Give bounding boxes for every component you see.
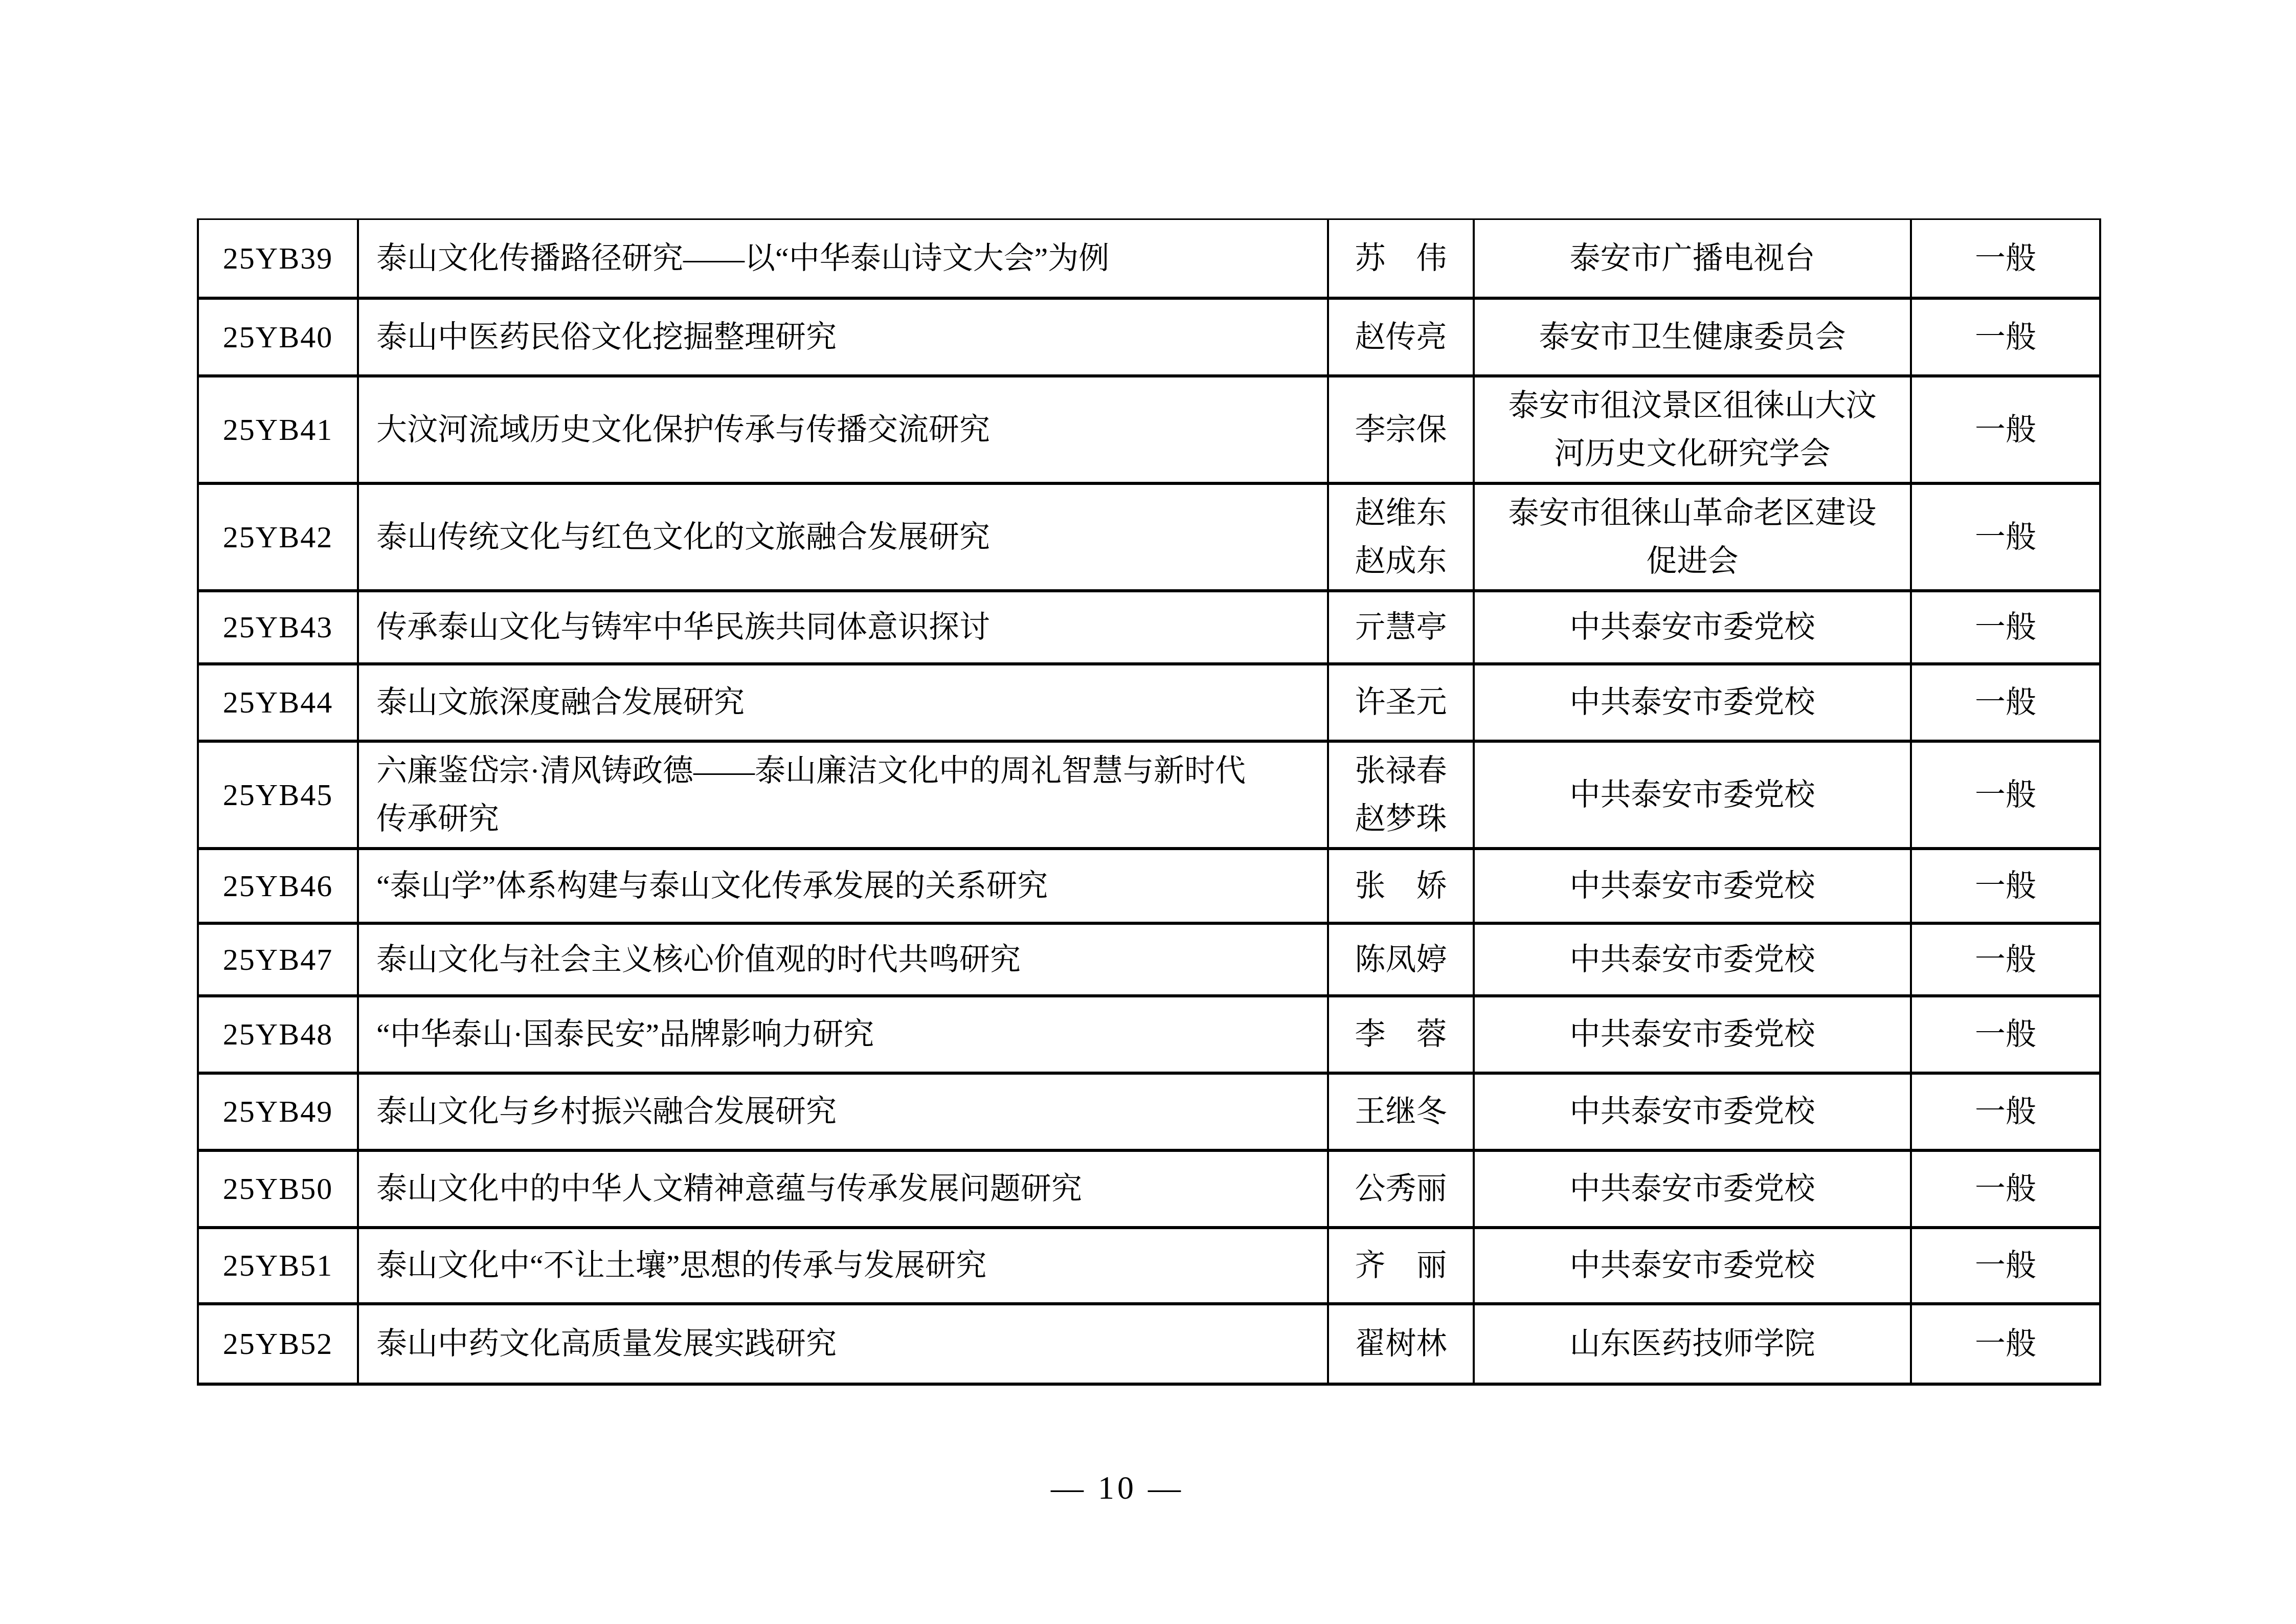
table-row: 25YB45六廉鉴岱宗·清风铸政德——泰山廉洁文化中的周礼智慧与新时代传承研究张… bbox=[198, 741, 2100, 849]
project-id-cell: 25YB46 bbox=[198, 849, 358, 923]
project-leader-cell: 赵维东赵成东 bbox=[1328, 483, 1474, 591]
leader-name: 齐 丽 bbox=[1334, 1241, 1468, 1289]
table-row: 25YB41大汶河流域历史文化保护传承与传播交流研究李宗保泰安市徂汶景区徂徕山大… bbox=[198, 376, 2100, 483]
project-leader-cell: 张 娇 bbox=[1328, 849, 1474, 923]
project-institution-cell: 中共泰安市委党校 bbox=[1474, 741, 1911, 849]
project-title-cell: 泰山文化传播路径研究——以“中华泰山诗文大会”为例 bbox=[358, 219, 1328, 298]
project-title-cell: 泰山文化中“不让土壤”思想的传承与发展研究 bbox=[358, 1228, 1328, 1304]
project-id-cell: 25YB41 bbox=[198, 376, 358, 483]
table-row: 25YB43传承泰山文化与铸牢中华民族共同体意识探讨亓慧亭中共泰安市委党校一般 bbox=[198, 591, 2100, 664]
leader-name: 赵成东 bbox=[1334, 537, 1468, 585]
leader-name: 赵传亮 bbox=[1334, 313, 1468, 361]
project-title-cell: 泰山文化与社会主义核心价值观的时代共鸣研究 bbox=[358, 923, 1328, 996]
project-leader-cell: 公秀丽 bbox=[1328, 1150, 1474, 1228]
project-grade-cell: 一般 bbox=[1911, 591, 2100, 664]
project-leader-cell: 张禄春赵梦珠 bbox=[1328, 741, 1474, 849]
table-row: 25YB48“中华泰山·国泰民安”品牌影响力研究李 蓉中共泰安市委党校一般 bbox=[198, 996, 2100, 1073]
leader-name: 张 娇 bbox=[1334, 862, 1468, 910]
project-institution-cell: 中共泰安市委党校 bbox=[1474, 1150, 1911, 1228]
leader-name: 赵维东 bbox=[1334, 489, 1468, 537]
project-title-cell: 泰山传统文化与红色文化的文旅融合发展研究 bbox=[358, 483, 1328, 591]
project-institution-cell: 中共泰安市委党校 bbox=[1474, 1073, 1911, 1150]
project-institution-cell: 中共泰安市委党校 bbox=[1474, 664, 1911, 741]
leader-name: 张禄春 bbox=[1334, 747, 1468, 795]
project-leader-cell: 齐 丽 bbox=[1328, 1228, 1474, 1304]
leader-name: 公秀丽 bbox=[1334, 1165, 1468, 1213]
project-grade-cell: 一般 bbox=[1911, 298, 2100, 376]
page-number: — 10 — bbox=[0, 1469, 2235, 1507]
project-grade-cell: 一般 bbox=[1911, 1073, 2100, 1150]
project-grade-cell: 一般 bbox=[1911, 376, 2100, 483]
project-id-cell: 25YB51 bbox=[198, 1228, 358, 1304]
table-row: 25YB46“泰山学”体系构建与泰山文化传承发展的关系研究张 娇中共泰安市委党校… bbox=[198, 849, 2100, 923]
table-row: 25YB40泰山中医药民俗文化挖掘整理研究赵传亮泰安市卫生健康委员会一般 bbox=[198, 298, 2100, 376]
project-title-cell: 泰山中药文化高质量发展实践研究 bbox=[358, 1304, 1328, 1384]
project-id-cell: 25YB47 bbox=[198, 923, 358, 996]
project-title-cell: 泰山文旅深度融合发展研究 bbox=[358, 664, 1328, 741]
table-row: 25YB49泰山文化与乡村振兴融合发展研究王继冬中共泰安市委党校一般 bbox=[198, 1073, 2100, 1150]
table-row: 25YB39泰山文化传播路径研究——以“中华泰山诗文大会”为例苏 伟泰安市广播电… bbox=[198, 219, 2100, 298]
project-title-cell: 泰山中医药民俗文化挖掘整理研究 bbox=[358, 298, 1328, 376]
project-grade-cell: 一般 bbox=[1911, 996, 2100, 1073]
leader-name: 许圣元 bbox=[1334, 678, 1468, 726]
project-title-cell: 泰山文化中的中华人文精神意蕴与传承发展问题研究 bbox=[358, 1150, 1328, 1228]
project-grade-cell: 一般 bbox=[1911, 1150, 2100, 1228]
project-id-cell: 25YB43 bbox=[198, 591, 358, 664]
project-grade-cell: 一般 bbox=[1911, 483, 2100, 591]
project-id-cell: 25YB50 bbox=[198, 1150, 358, 1228]
project-id-cell: 25YB48 bbox=[198, 996, 358, 1073]
project-grade-cell: 一般 bbox=[1911, 219, 2100, 298]
project-leader-cell: 亓慧亭 bbox=[1328, 591, 1474, 664]
project-title-cell: “中华泰山·国泰民安”品牌影响力研究 bbox=[358, 996, 1328, 1073]
table-row: 25YB42泰山传统文化与红色文化的文旅融合发展研究赵维东赵成东泰安市徂徕山革命… bbox=[198, 483, 2100, 591]
project-title-cell: 传承泰山文化与铸牢中华民族共同体意识探讨 bbox=[358, 591, 1328, 664]
project-grade-cell: 一般 bbox=[1911, 1228, 2100, 1304]
project-leader-cell: 苏 伟 bbox=[1328, 219, 1474, 298]
project-grade-cell: 一般 bbox=[1911, 1304, 2100, 1384]
project-grade-cell: 一般 bbox=[1911, 849, 2100, 923]
project-id-cell: 25YB39 bbox=[198, 219, 358, 298]
project-grade-cell: 一般 bbox=[1911, 923, 2100, 996]
project-leader-cell: 许圣元 bbox=[1328, 664, 1474, 741]
project-leader-cell: 赵传亮 bbox=[1328, 298, 1474, 376]
table-row: 25YB50泰山文化中的中华人文精神意蕴与传承发展问题研究公秀丽中共泰安市委党校… bbox=[198, 1150, 2100, 1228]
project-institution-cell: 中共泰安市委党校 bbox=[1474, 923, 1911, 996]
leader-name: 赵梦珠 bbox=[1334, 795, 1468, 843]
project-title-cell: 大汶河流域历史文化保护传承与传播交流研究 bbox=[358, 376, 1328, 483]
leader-name: 亓慧亭 bbox=[1334, 603, 1468, 651]
project-institution-cell: 中共泰安市委党校 bbox=[1474, 1228, 1911, 1304]
project-institution-cell: 泰安市徂徕山革命老区建设促进会 bbox=[1474, 483, 1911, 591]
leader-name: 苏 伟 bbox=[1334, 234, 1468, 282]
table-row: 25YB44泰山文旅深度融合发展研究许圣元中共泰安市委党校一般 bbox=[198, 664, 2100, 741]
project-leader-cell: 陈凤婷 bbox=[1328, 923, 1474, 996]
project-id-cell: 25YB52 bbox=[198, 1304, 358, 1384]
project-leader-cell: 李宗保 bbox=[1328, 376, 1474, 483]
project-institution-cell: 中共泰安市委党校 bbox=[1474, 996, 1911, 1073]
project-id-cell: 25YB44 bbox=[198, 664, 358, 741]
project-institution-cell: 山东医药技师学院 bbox=[1474, 1304, 1911, 1384]
project-leader-cell: 翟树林 bbox=[1328, 1304, 1474, 1384]
document-page: 25YB39泰山文化传播路径研究——以“中华泰山诗文大会”为例苏 伟泰安市广播电… bbox=[0, 0, 2296, 1624]
leader-name: 李 蓉 bbox=[1334, 1010, 1468, 1058]
project-institution-cell: 中共泰安市委党校 bbox=[1474, 591, 1911, 664]
project-leader-cell: 王继冬 bbox=[1328, 1073, 1474, 1150]
project-id-cell: 25YB49 bbox=[198, 1073, 358, 1150]
project-id-cell: 25YB40 bbox=[198, 298, 358, 376]
project-grade-cell: 一般 bbox=[1911, 741, 2100, 849]
projects-table: 25YB39泰山文化传播路径研究——以“中华泰山诗文大会”为例苏 伟泰安市广播电… bbox=[197, 218, 2101, 1386]
project-title-cell: 泰山文化与乡村振兴融合发展研究 bbox=[358, 1073, 1328, 1150]
project-institution-cell: 中共泰安市委党校 bbox=[1474, 849, 1911, 923]
project-institution-cell: 泰安市广播电视台 bbox=[1474, 219, 1911, 298]
leader-name: 王继冬 bbox=[1334, 1087, 1468, 1136]
table-row: 25YB47泰山文化与社会主义核心价值观的时代共鸣研究陈凤婷中共泰安市委党校一般 bbox=[198, 923, 2100, 996]
project-title-cell: “泰山学”体系构建与泰山文化传承发展的关系研究 bbox=[358, 849, 1328, 923]
project-institution-cell: 泰安市徂汶景区徂徕山大汶河历史文化研究学会 bbox=[1474, 376, 1911, 483]
project-id-cell: 25YB42 bbox=[198, 483, 358, 591]
leader-name: 翟树林 bbox=[1334, 1320, 1468, 1368]
leader-name: 李宗保 bbox=[1334, 406, 1468, 454]
project-id-cell: 25YB45 bbox=[198, 741, 358, 849]
table-row: 25YB51泰山文化中“不让土壤”思想的传承与发展研究齐 丽中共泰安市委党校一般 bbox=[198, 1228, 2100, 1304]
table-row: 25YB52泰山中药文化高质量发展实践研究翟树林山东医药技师学院一般 bbox=[198, 1304, 2100, 1384]
project-title-cell: 六廉鉴岱宗·清风铸政德——泰山廉洁文化中的周礼智慧与新时代传承研究 bbox=[358, 741, 1328, 849]
leader-name: 陈凤婷 bbox=[1334, 936, 1468, 984]
project-grade-cell: 一般 bbox=[1911, 664, 2100, 741]
project-institution-cell: 泰安市卫生健康委员会 bbox=[1474, 298, 1911, 376]
project-leader-cell: 李 蓉 bbox=[1328, 996, 1474, 1073]
